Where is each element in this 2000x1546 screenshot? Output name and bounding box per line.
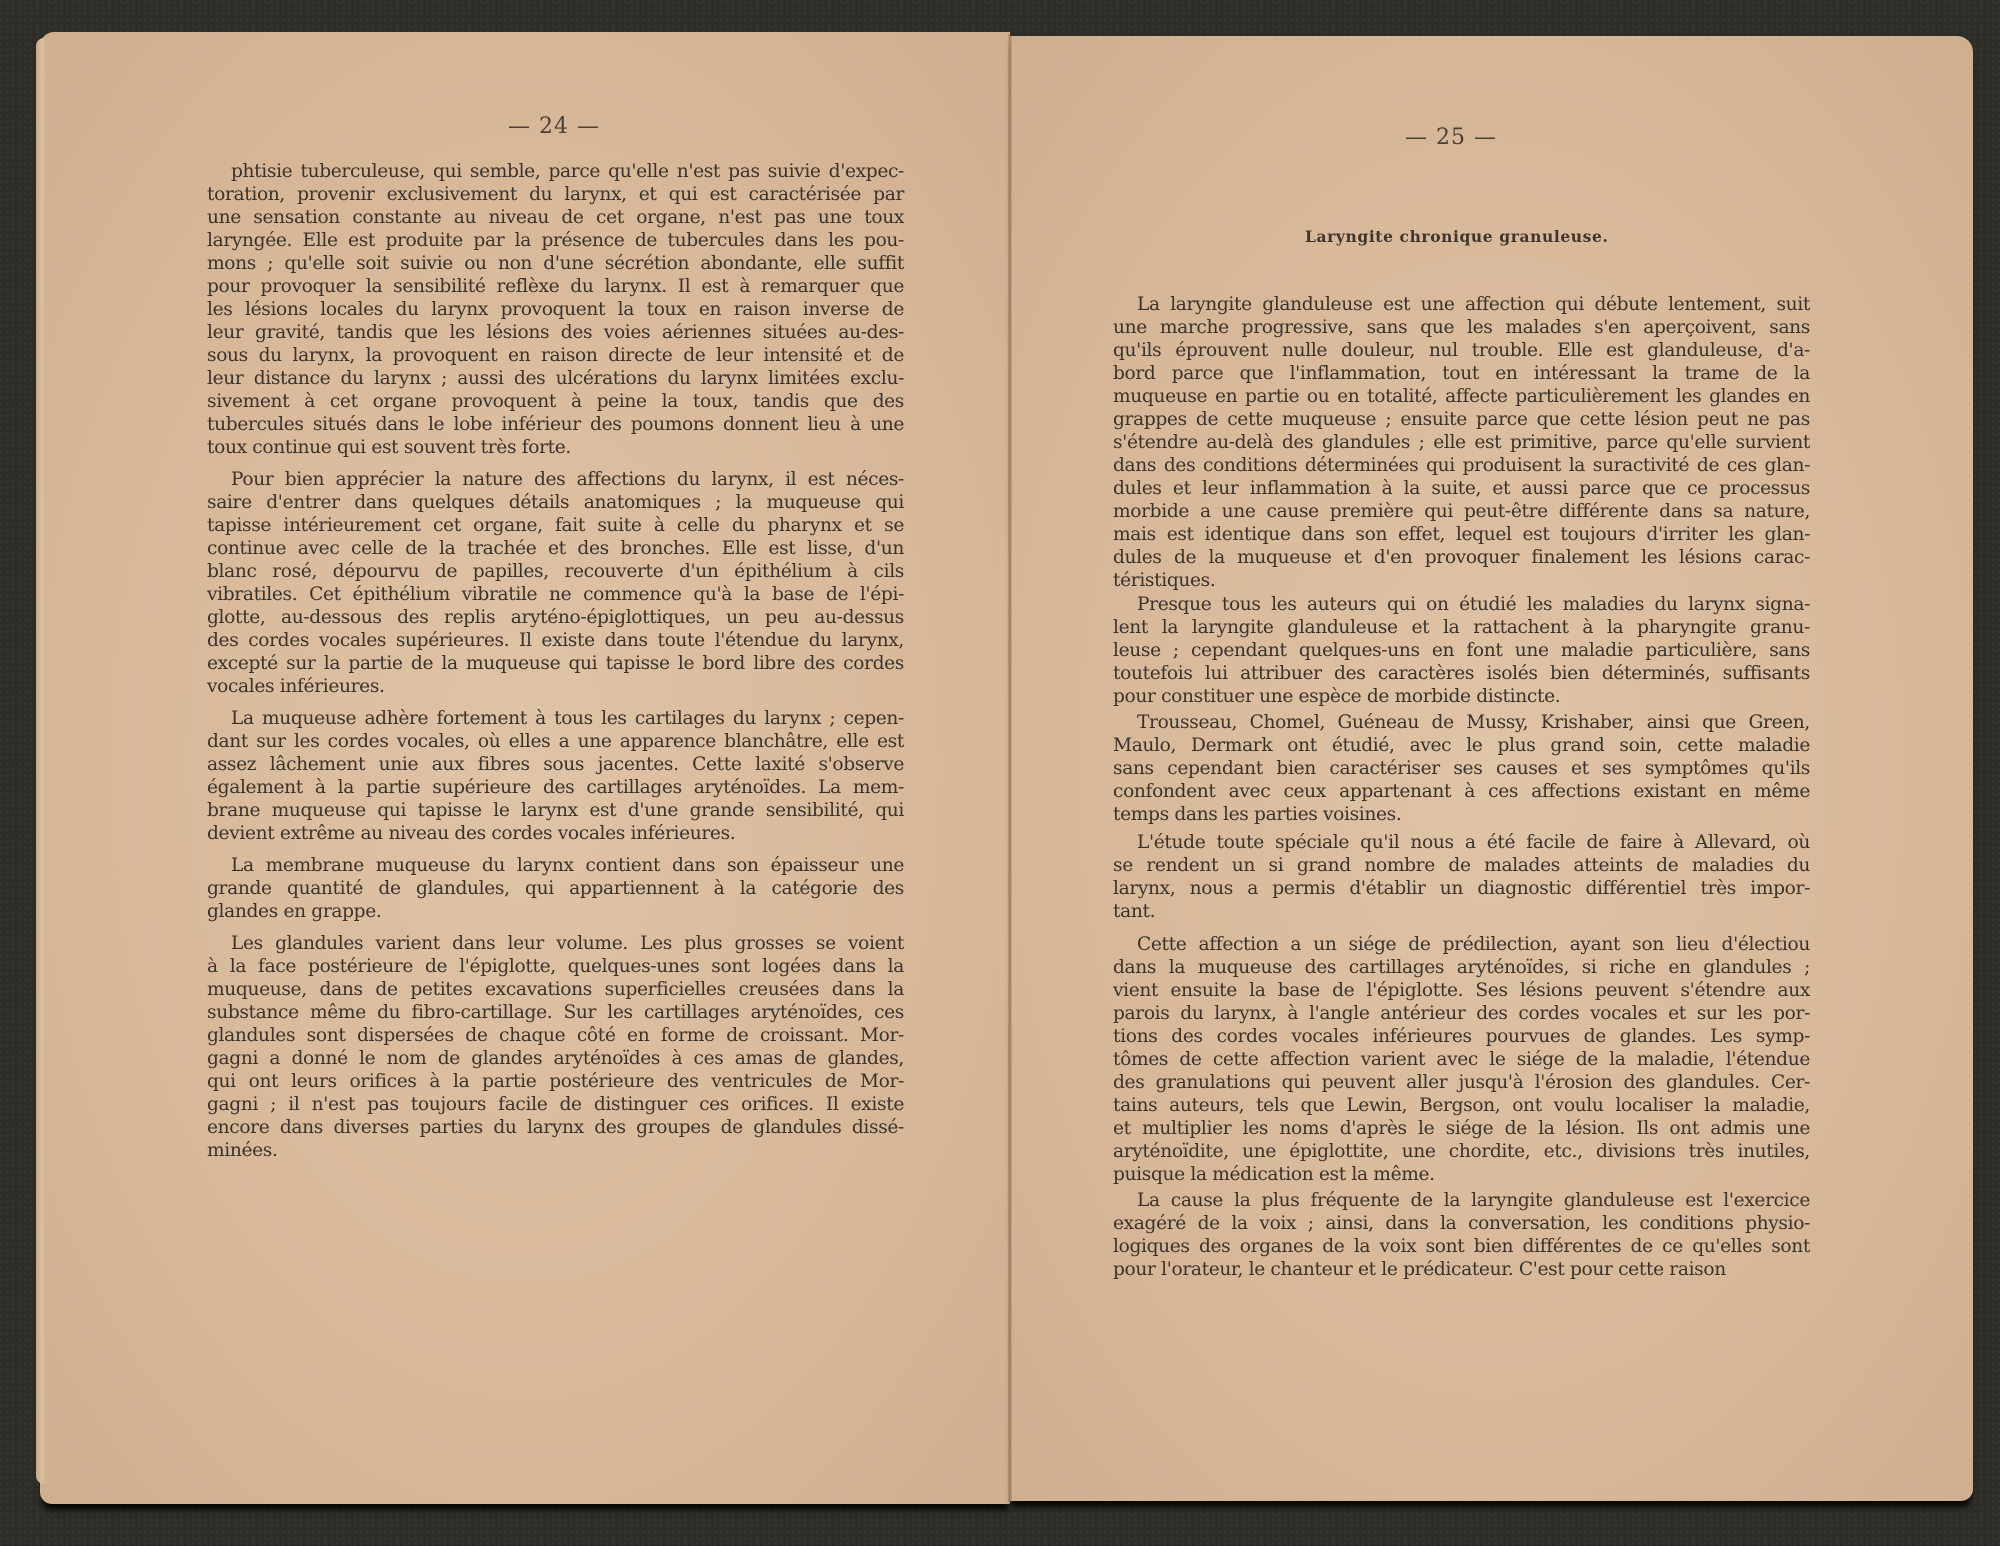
text-line: Trousseau, Chomel, Guéneau de Mussy, Kri… (1137, 711, 1810, 734)
text-line: gagni ; il n'est pas toujours facile de … (207, 1093, 904, 1116)
text-line: vient ensuite la base de l'épiglotte. Se… (1113, 979, 1810, 1002)
text-line: tômes de cette affection varient avec le… (1113, 1048, 1810, 1071)
text-line: devient extrême au niveau des cordes voc… (207, 822, 904, 845)
text-line: confondent avec ceux appartenant à ces a… (1113, 780, 1810, 803)
text-line: parois du larynx, à l'angle antérieur de… (1113, 1002, 1810, 1025)
text-line: également à la partie supérieure des car… (207, 776, 904, 799)
text-line: dant sur les cordes vocales, où elles a … (207, 730, 904, 753)
text-line: glandes en grappe. (207, 900, 904, 923)
text-line: tions des cordes vocales inférieures pou… (1113, 1025, 1810, 1048)
text-line: dans la muqueuse des cartillages aryténo… (1113, 956, 1810, 979)
text-line: La laryngite glanduleuse est une affecti… (1137, 293, 1810, 316)
book-spread: — 24 — — 25 — Laryngite chronique granul… (0, 0, 2000, 1546)
text-line: aryténoïdite, une épiglottite, une chord… (1113, 1140, 1810, 1163)
text-line: La cause la plus fréquente de la laryngi… (1137, 1189, 1810, 1212)
text-line: continue avec celle de la trachée et des… (207, 537, 904, 560)
text-line: bord parce que l'inflammation, tout en i… (1113, 362, 1810, 385)
text-line: tapisse intérieurement cet organe, fait … (207, 514, 904, 537)
text-line: qu'ils éprouvent nulle douleur, nul trou… (1113, 339, 1810, 362)
text-line: une sensation constante au niveau de cet… (207, 206, 904, 229)
text-line: Les glandules varient dans leur volume. … (231, 932, 904, 955)
left-page-number: — 24 — (508, 114, 600, 139)
text-line: toration, provenir exclusivement du lary… (207, 183, 904, 206)
text-line: une marche progressive, sans que les mal… (1113, 316, 1810, 339)
text-line: Presque tous les auteurs qui on étudié l… (1137, 593, 1810, 616)
text-line: grappes de cette muqueuse ; ensuite parc… (1113, 408, 1810, 431)
text-line: substance même du fibro-cartillage. Sur … (207, 1001, 904, 1024)
text-line: grande quantité de glandules, qui appart… (207, 877, 904, 900)
text-line: assez lâchement unie aux fibres sous jac… (207, 753, 904, 776)
text-line: laryngée. Elle est produite par la prése… (207, 229, 904, 252)
book-gutter (1008, 34, 1012, 1502)
text-line: mais est identique dans son effet, leque… (1113, 523, 1810, 546)
section-heading: Laryngite chronique granuleuse. (1305, 227, 1608, 246)
text-line: et multiplier les noms d'après le siége … (1113, 1117, 1810, 1140)
text-line: leur distance du larynx ; aussi des ulcé… (207, 367, 904, 390)
text-line: leur gravité, tandis que les lésions des… (207, 321, 904, 344)
text-line: dules de la muqueuse et d'en provoquer f… (1113, 546, 1810, 569)
text-line: des granulations qui peuvent aller jusqu… (1113, 1071, 1810, 1094)
text-line: lent la laryngite glanduleuse et la ratt… (1113, 616, 1810, 639)
text-line: blanc rosé, dépourvu de papilles, recouv… (207, 560, 904, 583)
text-line: morbide a une cause première qui peut-êt… (1113, 500, 1810, 523)
text-line: qui ont leurs orifices à la partie posté… (207, 1070, 904, 1093)
text-line: des cordes vocales supérieures. Il exist… (207, 629, 904, 652)
text-line: tains auteurs, tels que Lewin, Bergson, … (1113, 1094, 1810, 1117)
text-line: téristiques. (1113, 569, 1810, 592)
text-line: gagni a donné le nom de glandes aryténoï… (207, 1047, 904, 1070)
text-line: pour constituer une espèce de morbide di… (1113, 685, 1810, 708)
text-line: brane muqueuse qui tapisse le larynx est… (207, 799, 904, 822)
text-line: Pour bien apprécier la nature des affect… (231, 468, 904, 491)
text-line: encore dans diverses parties du larynx d… (207, 1116, 904, 1139)
text-line: Cette affection a un siége de prédilecti… (1137, 933, 1810, 956)
text-line: temps dans les parties voisines. (1113, 803, 1810, 826)
text-line: muqueuse, dans de petites excavations su… (207, 978, 904, 1001)
right-page-number: — 25 — (1405, 125, 1497, 150)
text-line: logiques des organes de la voix sont bie… (1113, 1235, 1810, 1258)
text-line: se rendent un si grand nombre de malades… (1113, 854, 1810, 877)
text-line: leuse ; cependant quelques-uns en font u… (1113, 639, 1810, 662)
text-line: pour l'orateur, le chanteur et le prédic… (1113, 1258, 1810, 1281)
text-line: à la face postérieure de l'épiglotte, qu… (207, 955, 904, 978)
text-line: glotte, au-dessous des replis aryténo-ép… (207, 606, 904, 629)
text-line: les lésions locales du larynx provoquent… (207, 298, 904, 321)
text-line: sans cependant bien caractériser ses cau… (1113, 757, 1810, 780)
text-line: dans des conditions déterminées qui prod… (1113, 454, 1810, 477)
text-line: puisque la médication est la même. (1113, 1163, 1810, 1186)
text-line: glandules sont dispersées de chaque côté… (207, 1024, 904, 1047)
text-line: La muqueuse adhère fortement à tous les … (231, 707, 904, 730)
text-line: La membrane muqueuse du larynx contient … (231, 854, 904, 877)
text-line: toutefois lui attribuer des caractères i… (1113, 662, 1810, 685)
text-line: muqueuse en partie ou en totalité, affec… (1113, 385, 1810, 408)
text-line: vibratiles. Cet épithélium vibratile ne … (207, 583, 904, 606)
text-line: excepté sur la partie de la muqueuse qui… (207, 652, 904, 675)
text-line: sivement à cet organe provoquent à peine… (207, 390, 904, 413)
text-line: phtisie tuberculeuse, qui semble, parce … (231, 160, 904, 183)
text-line: Maulo, Dermark ont étudié, avec le plus … (1113, 734, 1810, 757)
text-line: s'étendre au-delà des glandules ; elle e… (1113, 431, 1810, 454)
text-line: tubercules situés dans le lobe inférieur… (207, 413, 904, 436)
text-line: larynx, nous a permis d'établir un diagn… (1113, 877, 1810, 900)
text-line: minées. (207, 1139, 904, 1162)
text-line: dules et leur inflammation à la suite, e… (1113, 477, 1810, 500)
text-line: mons ; qu'elle soit suivie ou non d'une … (207, 252, 904, 275)
text-line: exagéré de la voix ; ainsi, dans la conv… (1113, 1212, 1810, 1235)
text-line: tant. (1113, 900, 1810, 923)
text-line: L'étude toute spéciale qu'il nous a été … (1137, 831, 1810, 854)
text-line: toux continue qui est souvent très forte… (207, 436, 904, 459)
text-line: saire d'entrer dans quelques détails ana… (207, 491, 904, 514)
text-line: sous du larynx, la provoquent en raison … (207, 344, 904, 367)
text-line: vocales inférieures. (207, 675, 904, 698)
text-line: pour provoquer la sensibilité reflèxe du… (207, 275, 904, 298)
